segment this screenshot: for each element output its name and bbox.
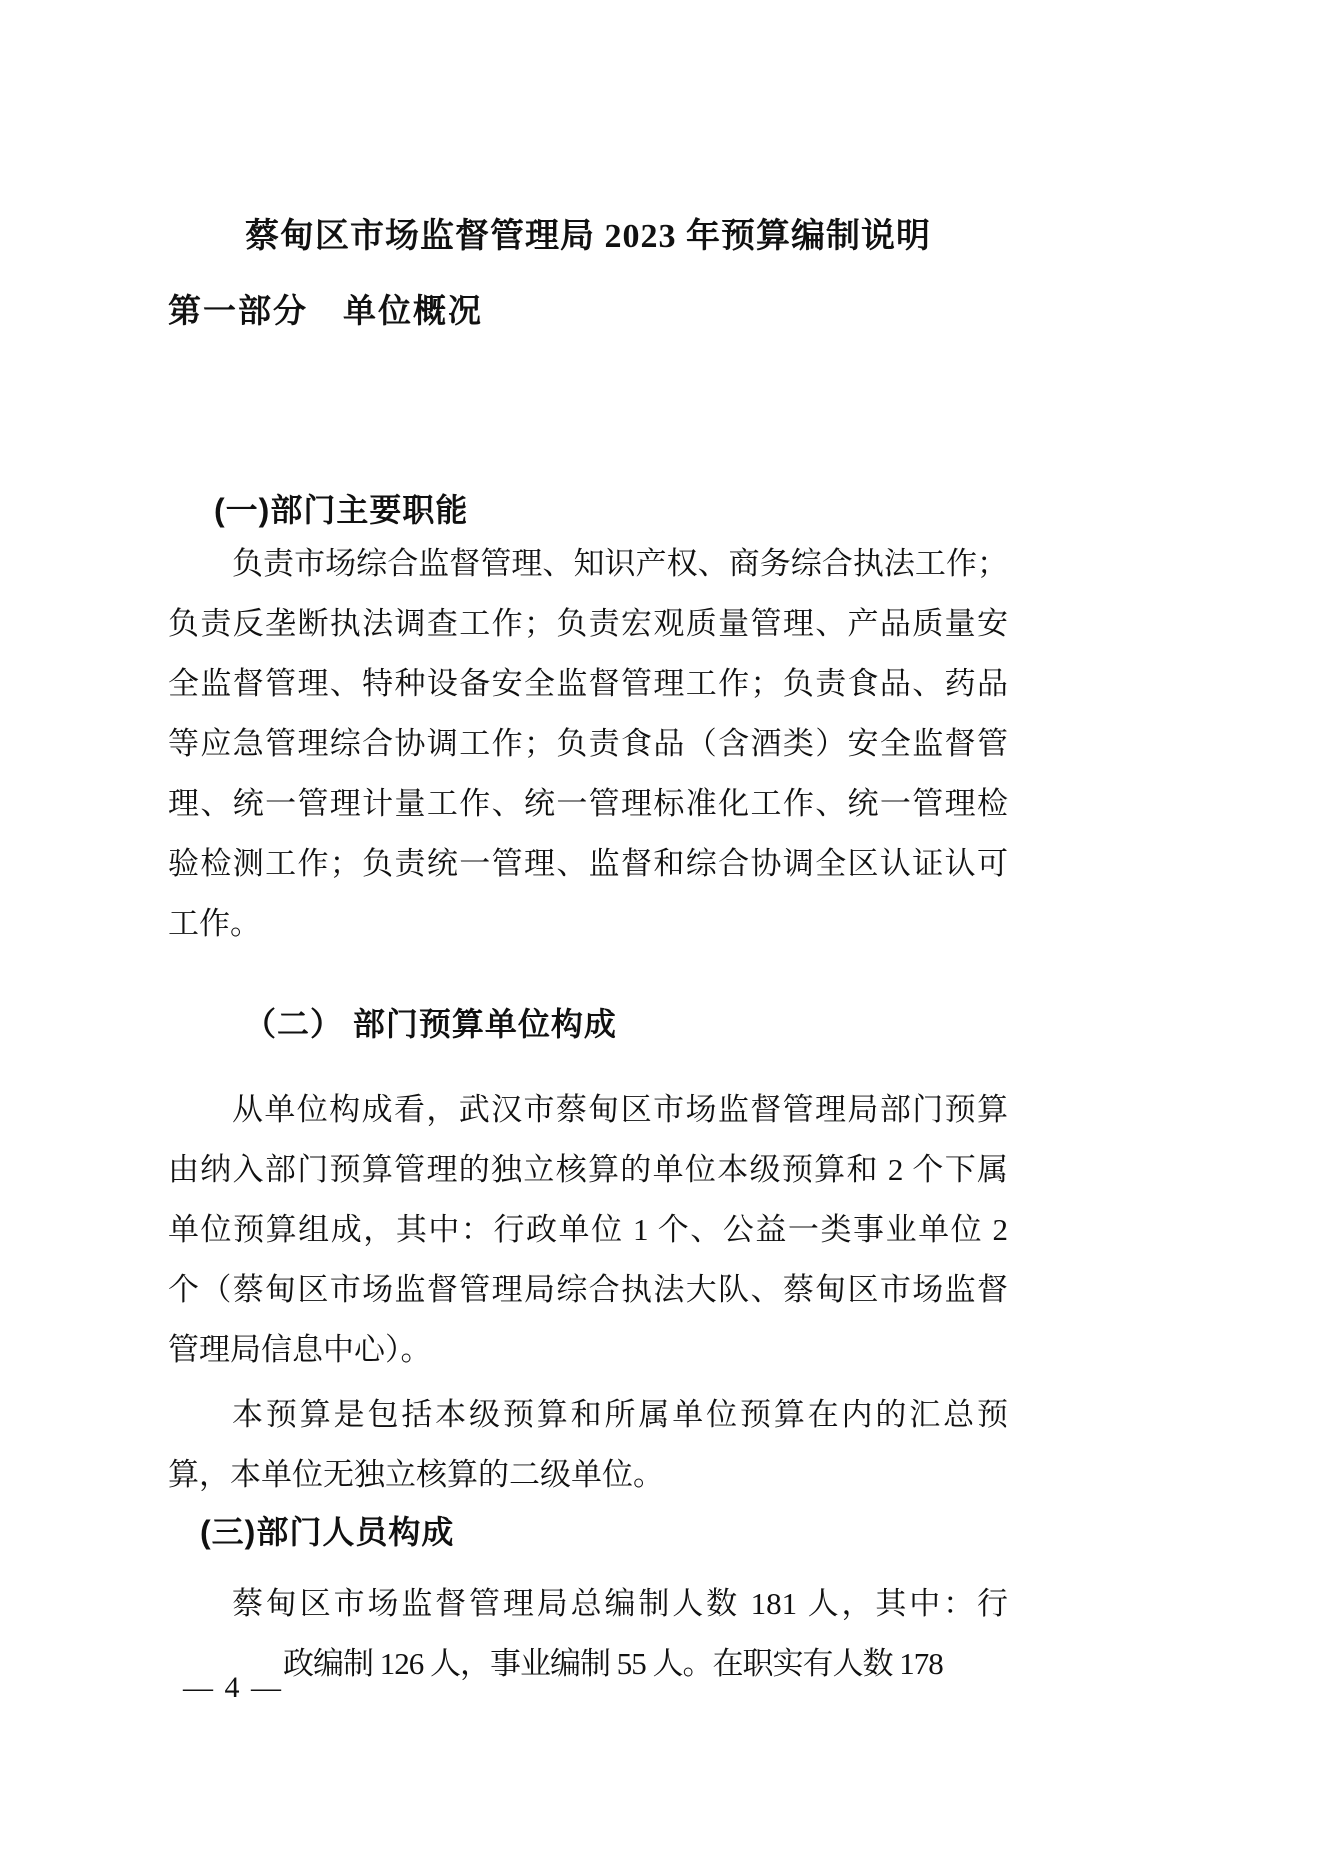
section-heading-main-functions: (一)部门主要职能 — [214, 486, 468, 534]
text-line: 负责反垄断执法调查工作；负责宏观质量管理、产品质量安 — [168, 594, 1008, 654]
text-line: 理、统一管理计量工作、统一管理标准化工作、统一管理检 — [168, 774, 1008, 834]
document-page: 蔡甸区市场监督管理局 2023 年预算编制说明 第一部分 单位概况 (一)部门主… — [0, 0, 1323, 1871]
text-line: 政编制 126 人，事业编制 55 人。在职实有人数 178 — [168, 1634, 1008, 1694]
text-line: 个（蔡甸区市场监督管理局综合执法大队、蔡甸区市场监督 — [168, 1260, 1008, 1320]
text-line: 负责市场综合监督管理、知识产权、商务综合执法工作； — [168, 534, 1008, 594]
paragraph-unit-composition: 从单位构成看，武汉市蔡甸区市场监督管理局部门预算 由纳入部门预算管理的独立核算的… — [168, 1080, 1008, 1380]
text-line: 验检测工作；负责统一管理、监督和综合协调全区认证认可 — [168, 834, 1008, 894]
paragraph-main-functions: 负责市场综合监督管理、知识产权、商务综合执法工作； 负责反垄断执法调查工作；负责… — [168, 534, 1008, 954]
text-line: 等应急管理综合协调工作；负责食品（含酒类）安全监督管 — [168, 714, 1008, 774]
text-line: 本预算是包括本级预算和所属单位预算在内的汇总预 — [168, 1385, 1008, 1445]
text-line: 算，本单位无独立核算的二级单位。 — [168, 1445, 1008, 1505]
paragraph-personnel: 蔡甸区市场监督管理局总编制人数 181 人，其中：行 政编制 126 人，事业编… — [168, 1574, 1008, 1694]
section-heading-personnel-composition: (三)部门人员构成 — [200, 1508, 454, 1556]
page-number: — 4 — — [183, 1668, 283, 1708]
text-line: 由纳入部门预算管理的独立核算的单位本级预算和 2 个下属 — [168, 1140, 1008, 1200]
text-line: 从单位构成看，武汉市蔡甸区市场监督管理局部门预算 — [168, 1080, 1008, 1140]
text-line: 工作。 — [168, 894, 1008, 954]
section-heading-budget-unit-composition: （二） 部门预算单位构成 — [244, 1000, 617, 1048]
document-title: 蔡甸区市场监督管理局 2023 年预算编制说明 — [168, 212, 1008, 262]
text-line: 全监督管理、特种设备安全监督管理工作；负责食品、药品 — [168, 654, 1008, 714]
text-line: 管理局信息中心）。 — [168, 1320, 1008, 1380]
part-one-heading: 第一部分 单位概况 — [168, 288, 483, 334]
paragraph-budget-scope: 本预算是包括本级预算和所属单位预算在内的汇总预 算，本单位无独立核算的二级单位。 — [168, 1385, 1008, 1505]
text-line: 单位预算组成，其中：行政单位 1 个、公益一类事业单位 2 — [168, 1200, 1008, 1260]
text-line: 蔡甸区市场监督管理局总编制人数 181 人，其中：行 — [168, 1574, 1008, 1634]
